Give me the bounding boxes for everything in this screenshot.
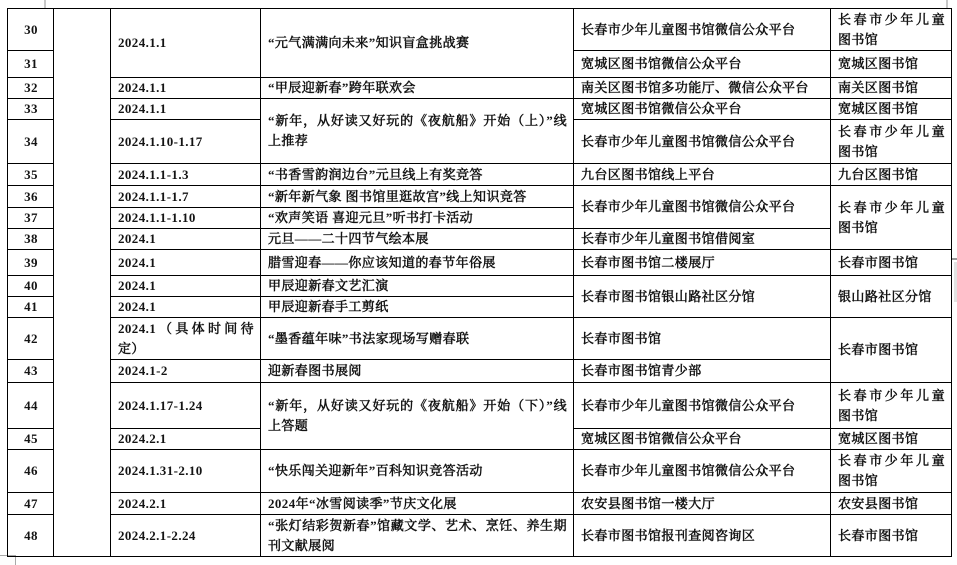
cell-row-number: 43 — [8, 360, 54, 383]
page-edge-artifact — [946, 0, 948, 8]
cell-date: 2024.1.17-1.24 — [111, 383, 261, 429]
table-row: 30 2024.1.1 “元气满满向未来”知识盲盒挑战赛 长春市少年儿童图书馆微… — [8, 9, 952, 51]
table-row: 47 2024.2.1 2024年“冰雪阅读季”节庆文化展 农安县图书馆一楼大厅… — [8, 493, 952, 515]
cell-platform: 长春市少年儿童图书馆微信公众平台 — [574, 383, 831, 429]
cell-date: 2024.1.10-1.17 — [111, 120, 261, 164]
cell-row-number: 35 — [8, 164, 54, 186]
cell-row-number: 30 — [8, 9, 54, 51]
cell-platform: 长春市图书馆青少部 — [574, 360, 831, 383]
cell-platform: 长春市图书馆二楼展厅 — [574, 250, 831, 276]
cell-organizer: 宽城区图书馆 — [831, 51, 952, 78]
cell-activity: “墨香蕴年味”书法家现场写赠春联 — [261, 318, 574, 360]
cell-platform: 长春市图书馆 — [574, 318, 831, 360]
cell-platform: 宽城区图书馆微信公众平台 — [574, 99, 831, 120]
cell-organizer: 宽城区图书馆 — [831, 99, 952, 120]
cell-date: 2024.1.1 — [111, 9, 261, 78]
cell-organizer: 长春市少年儿童图书馆 — [831, 450, 952, 493]
cell-date: 2024.1-2 — [111, 360, 261, 383]
cell-platform: 南关区图书馆多功能厅、微信公众平台 — [574, 78, 831, 99]
document-page: 30 2024.1.1 “元气满满向未来”知识盲盒挑战赛 长春市少年儿童图书馆微… — [0, 0, 957, 565]
cell-activity: “新年，从好读又好玩的《夜航船》开始（下）”线上答题 — [261, 383, 574, 450]
cell-date: 2024.2.1 — [111, 493, 261, 515]
cell-row-number: 41 — [8, 297, 54, 318]
cell-organizer: 长春市少年儿童图书馆 — [831, 383, 952, 429]
cell-platform: 农安县图书馆一楼大厅 — [574, 493, 831, 515]
cell-row-number: 33 — [8, 99, 54, 120]
cell-row-number: 38 — [8, 229, 54, 250]
cell-date: 2024.1.1 — [111, 78, 261, 99]
page-edge-artifact — [44, 0, 46, 8]
table-row: 39 2024.1 腊雪迎春——你应该知道的春节年俗展 长春市图书馆二楼展厅 长… — [8, 250, 952, 276]
cell-date: 2024.1.1 — [111, 99, 261, 120]
cell-organizer: 长春市少年儿童图书馆 — [831, 9, 952, 51]
cell-organizer: 银山路社区分馆 — [831, 276, 952, 318]
cell-platform: 长春市图书馆银山路社区分馆 — [574, 276, 831, 318]
cell-platform: 长春市少年儿童图书馆借阅室 — [574, 229, 831, 250]
cell-date: 2024.1.31-2.10 — [111, 450, 261, 493]
table-row: 46 2024.1.31-2.10 “快乐闯关迎新年”百科知识竞答活动 长春市少… — [8, 450, 952, 493]
cell-platform: 长春市少年儿童图书馆微信公众平台 — [574, 9, 831, 51]
cell-organizer: 宽城区图书馆 — [831, 429, 952, 450]
table-row: 33 2024.1.1 “新年，从好读又好玩的《夜航船》开始（上）”线上推荐 宽… — [8, 99, 952, 120]
cell-activity: “书香雪韵润边台”元旦线上有奖竞答 — [261, 164, 574, 186]
table-row: 42 2024.1（具体时间待定） “墨香蕴年味”书法家现场写赠春联 长春市图书… — [8, 318, 952, 360]
cell-activity: 迎新春图书展阅 — [261, 360, 574, 383]
cell-organizer: 长春市少年儿童图书馆 — [831, 186, 952, 250]
cell-row-number: 31 — [8, 51, 54, 78]
cell-row-number: 44 — [8, 383, 54, 429]
table-row: 48 2024.2.1-2.24 “张灯结彩贺新春”馆藏文学、艺术、烹饪、养生期… — [8, 515, 952, 557]
table-row: 40 2024.1 甲辰迎新春文艺汇演 长春市图书馆银山路社区分馆 银山路社区分… — [8, 276, 952, 297]
cell-row-number: 37 — [8, 208, 54, 229]
table-row: 38 2024.1 元旦——二十四节气绘本展 长春市少年儿童图书馆借阅室 — [8, 229, 952, 250]
cell-row-number: 48 — [8, 515, 54, 557]
cell-platform: 宽城区图书馆微信公众平台 — [574, 429, 831, 450]
cell-row-number: 39 — [8, 250, 54, 276]
cell-organizer: 长春市少年儿童图书馆 — [831, 120, 952, 164]
cell-row-number: 32 — [8, 78, 54, 99]
cell-row-number: 45 — [8, 429, 54, 450]
cell-activity: “元气满满向未来”知识盲盒挑战赛 — [261, 9, 574, 78]
cell-organizer: 农安县图书馆 — [831, 493, 952, 515]
cell-activity: 甲辰迎新春手工剪纸 — [261, 297, 574, 318]
cell-organizer: 南关区图书馆 — [831, 78, 952, 99]
cell-date: 2024.2.1-2.24 — [111, 515, 261, 557]
cell-organizer: 九台区图书馆 — [831, 164, 952, 186]
cell-activity: 腊雪迎春——你应该知道的春节年俗展 — [261, 250, 574, 276]
cell-row-number: 42 — [8, 318, 54, 360]
cell-date: 2024.1 — [111, 229, 261, 250]
cell-platform: 长春市少年儿童图书馆微信公众平台 — [574, 450, 831, 493]
cell-row-number: 46 — [8, 450, 54, 493]
table-row: 43 2024.1-2 迎新春图书展阅 长春市图书馆青少部 — [8, 360, 952, 383]
cell-activity: “张灯结彩贺新春”馆藏文学、艺术、烹饪、养生期刊文献展阅 — [261, 515, 574, 557]
cell-row-number: 36 — [8, 186, 54, 208]
cell-organizer: 长春市图书馆 — [831, 515, 952, 557]
cell-platform: 宽城区图书馆微信公众平台 — [574, 51, 831, 78]
cell-row-number: 47 — [8, 493, 54, 515]
cell-activity: 2024年“冰雪阅读季”节庆文化展 — [261, 493, 574, 515]
table-row: 36 2024.1.1-1.7 “新年新气象 图书馆里逛故宫”线上知识竞答 长春… — [8, 186, 952, 208]
cell-activity: 元旦——二十四节气绘本展 — [261, 229, 574, 250]
cell-date: 2024.1 — [111, 297, 261, 318]
activities-table: 30 2024.1.1 “元气满满向未来”知识盲盒挑战赛 长春市少年儿童图书馆微… — [7, 8, 952, 557]
cell-platform: 长春市少年儿童图书馆微信公众平台 — [574, 186, 831, 229]
cell-organizer: 长春市图书馆 — [831, 318, 952, 383]
cell-date: 2024.2.1 — [111, 429, 261, 450]
cell-activity: 甲辰迎新春文艺汇演 — [261, 276, 574, 297]
cell-organizer: 长春市图书馆 — [831, 250, 952, 276]
cell-date: 2024.1.1-1.7 — [111, 186, 261, 208]
table-row: 35 2024.1.1-1.3 “书香雪韵润边台”元旦线上有奖竞答 九台区图书馆… — [8, 164, 952, 186]
cell-row-number: 40 — [8, 276, 54, 297]
table-row: 32 2024.1.1 “甲辰迎新春”跨年联欢会 南关区图书馆多功能厅、微信公众… — [8, 78, 952, 99]
cell-row-number: 34 — [8, 120, 54, 164]
cell-date: 2024.1.1-1.3 — [111, 164, 261, 186]
cell-platform: 长春市少年儿童图书馆微信公众平台 — [574, 120, 831, 164]
cell-date: 2024.1 — [111, 250, 261, 276]
cell-activity: “新年，从好读又好玩的《夜航船》开始（上）”线上推荐 — [261, 99, 574, 164]
cell-activity: “欢声笑语 喜迎元旦”听书打卡活动 — [261, 208, 574, 229]
empty-column-cell — [54, 9, 111, 557]
cell-activity: “新年新气象 图书馆里逛故宫”线上知识竞答 — [261, 186, 574, 208]
cell-date: 2024.1.1-1.10 — [111, 208, 261, 229]
cell-date: 2024.1 — [111, 276, 261, 297]
table-row: 44 2024.1.17-1.24 “新年，从好读又好玩的《夜航船》开始（下）”… — [8, 383, 952, 429]
cell-platform: 九台区图书馆线上平台 — [574, 164, 831, 186]
cell-activity: “甲辰迎新春”跨年联欢会 — [261, 78, 574, 99]
cell-platform: 长春市图书馆报刊查阅咨询区 — [574, 515, 831, 557]
cell-activity: “快乐闯关迎新年”百科知识竞答活动 — [261, 450, 574, 493]
cell-date: 2024.1（具体时间待定） — [111, 318, 261, 360]
